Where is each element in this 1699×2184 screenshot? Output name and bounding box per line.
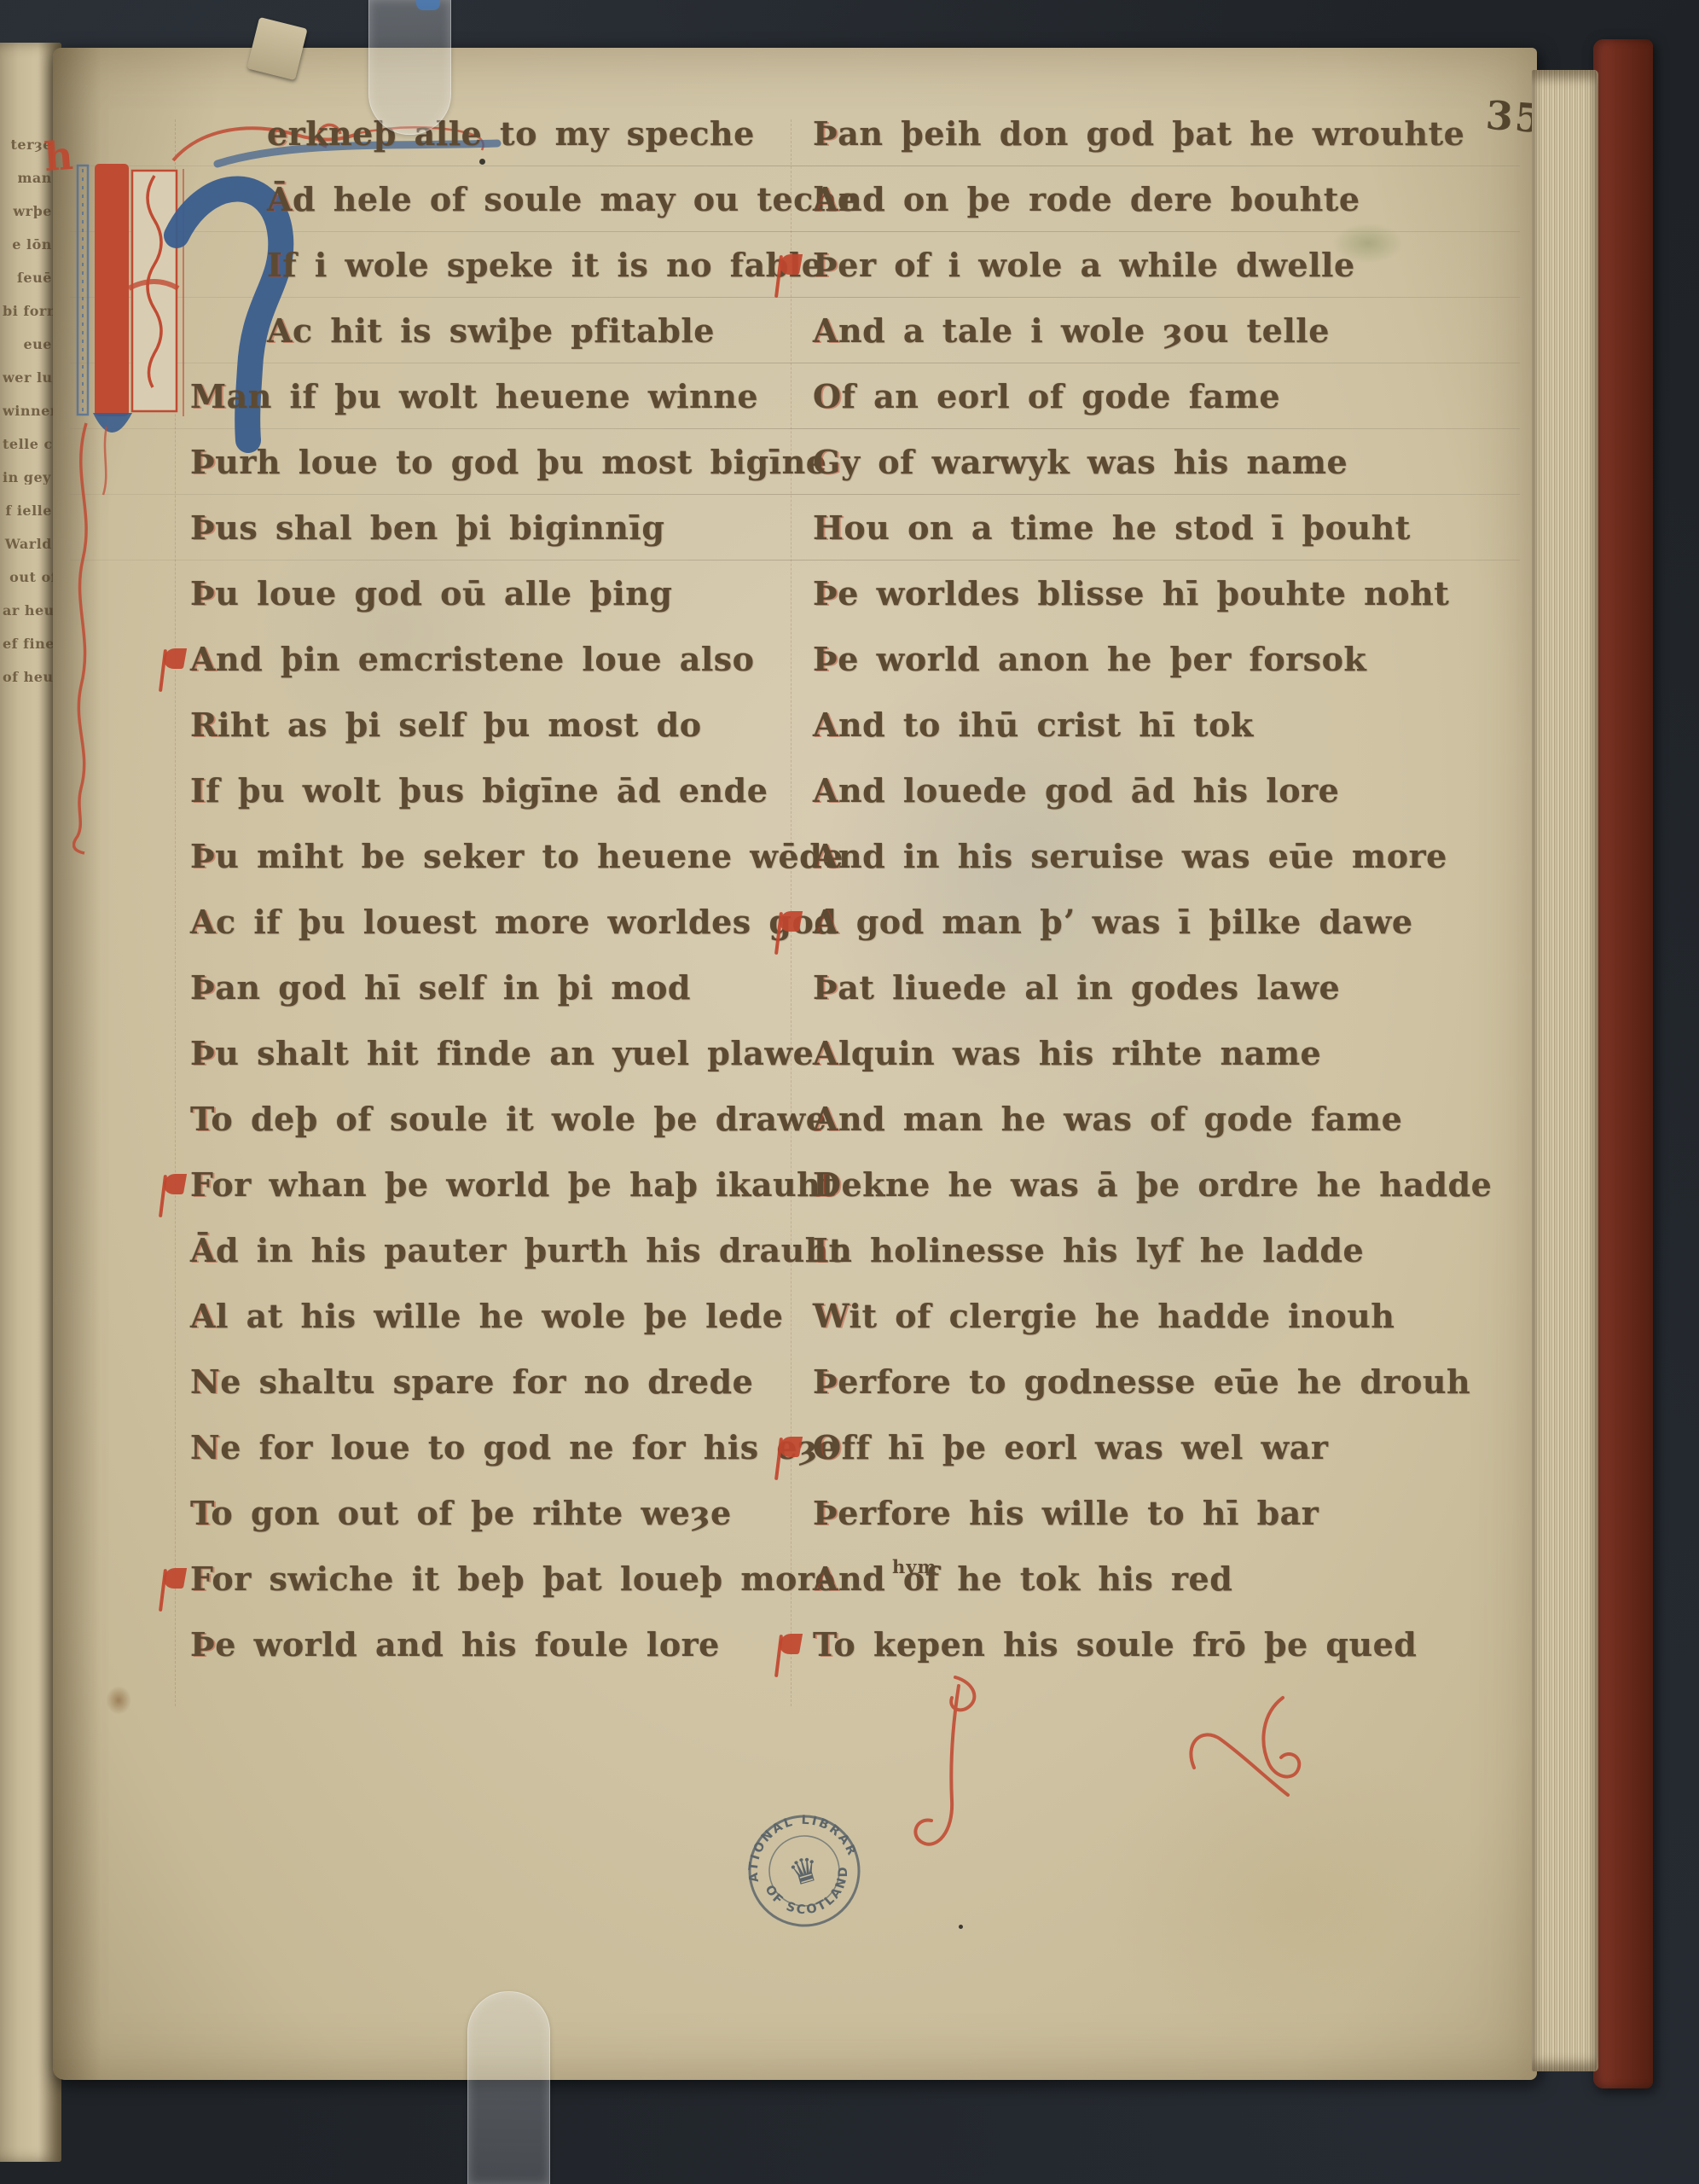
verse-text: If i wole speke it is no fable [267,246,822,284]
photo-background: { "photo": { "background_color": "#22262… [0,0,1699,2184]
verse-line: And a tale i wole ȝou telle [772,313,1540,379]
fore-edge-pages [1532,70,1598,2071]
verse-line: And on þe rode dere bouhte [772,182,1540,247]
verse-line: Hou on a time he stod ī þouht [772,510,1540,576]
page-weight-top [368,0,451,135]
verse-line: Ād in his pauter þurth his drauht [156,1233,779,1298]
verse-text: Ac if þu louest more worldes god [190,903,837,941]
verse-text: Wit of clergie he hadde inouh [813,1297,1395,1335]
verse-line: If þu wolt þus bigīne ād ende [156,773,779,839]
verse-text: For swiche it beþ þat loueþ more [190,1560,836,1598]
verse-line: Gy of warwyk was his name [772,444,1540,510]
verse-text: In holinesse his lyf he ladde [813,1231,1364,1269]
margin-fragment: bi forn· [3,305,57,318]
verse-text: Off hī þe eorl was wel war [813,1428,1328,1467]
verse-line: And in his seruise was eūe more [772,839,1540,904]
blue-mark [416,0,440,10]
interlinear-addition: hym [892,1556,937,1577]
verse-line: Þerfore his wille to hī bar [772,1496,1540,1561]
verse-text: And man he was of gode fame [813,1100,1402,1138]
verse-text: If þu wolt þus bigīne ād ende [190,771,768,810]
verse-text: Þe world anon he þer forsok [813,640,1366,678]
verse-text: Þu loue god oū alle þing [190,574,672,613]
verse-text: And a tale i wole ȝou telle [813,311,1330,350]
margin-fragment: wrþe· [3,205,57,218]
verse-text: Þu shalt hit finde an yuel plawe [190,1034,814,1072]
verse-line: Off hī þe eorl was wel war [772,1430,1540,1496]
verse-text: Alquin was his rihte name [813,1034,1321,1072]
verse-line: Of an eorl of gode fame [772,379,1540,444]
margin-fragment: telle cā· [3,438,57,451]
paraph-mark [159,1568,185,1611]
verse-text: erkneþ alle to my speche [267,114,755,153]
verse-line: Al at his wille he wole þe lede [156,1298,779,1364]
verse-line: If i wole speke it is no fable [156,247,779,313]
verse-column-left: erkneþ alle to my specheĀd hele of soule… [156,116,779,1693]
red-flourish-left [902,1670,1005,1871]
verse-line: And þin emcristene loue also [156,642,779,707]
verse-line: To gon out of þe rihte weȝe [156,1496,779,1561]
verse-line: Ne for loue to god ne for his eȝe [156,1430,779,1496]
verse-line: To deþ of soule it wole þe drawe [156,1101,779,1167]
verse-line: Þe world and his foule lore [156,1627,779,1693]
verse-line: Ac hit is swiþe pfitable [156,313,779,379]
verse-text: Þu miht be seker to heuene wēde [190,837,844,875]
margin-fragment: in gey ay· [3,471,57,485]
verse-text: Þerfore his wille to hī bar [813,1494,1319,1532]
verse-text: Þan þeih don god þat he wrouhte [813,114,1464,153]
verse-text: Þer of i wole a while dwelle [813,246,1355,284]
stain [106,1686,131,1715]
verse-text: And of he tok his red [813,1560,1232,1598]
paraph-mark [775,1437,801,1479]
verse-line: For whan þe world þe haþ ikauht [156,1167,779,1233]
verse-line: Þu miht be seker to heuene wēde [156,839,779,904]
verse-text: Þan god hī self in þi mod [190,968,691,1007]
margin-fragment: ef fine· [3,637,57,651]
margin-fragment: ar heuē [3,604,57,618]
verse-text: Ac hit is swiþe pfitable [267,311,715,350]
verse-line: Wit of clergie he hadde inouh [772,1298,1540,1364]
verse-line: Þe worldes blisse hī þouhte noht [772,576,1540,642]
verse-line: Þerfore to godnesse eūe he drouh [772,1364,1540,1430]
verse-line: Ād hele of soule may ou teche [156,182,779,247]
verse-text: Hou on a time he stod ī þouht [813,508,1411,547]
ink-speck [959,1925,963,1929]
verse-line: Man if þu wolt heuene winne [156,379,779,444]
crown-icon: ♛ [785,1849,825,1895]
verse-text: Al at his wille he wole þe lede [190,1297,783,1335]
red-flourish-right [1182,1689,1310,1830]
verse-text: Þurh loue to god þu most bigīne [190,443,826,481]
verse-line: Þu loue god oū alle þing [156,576,779,642]
verse-line: Þu shalt hit finde an yuel plawe [156,1036,779,1101]
verse-line: Riht as þi self þu most do [156,707,779,773]
verse-text: A god man þʼ was ī þilke dawe [813,903,1413,941]
verse-line: Ac if þu louest more worldes god [156,904,779,970]
verse-line: In holinesse his lyf he ladde [772,1233,1540,1298]
verse-text: And to ihū crist hī tok [813,706,1254,744]
verse-line: A god man þʼ was ī þilke dawe [772,904,1540,970]
guide-letter: h [43,132,74,180]
verse-text: Þat liuede al in godes lawe [813,968,1340,1007]
verse-text: Man if þu wolt heuene winne [190,377,758,415]
verse-line: Ne shaltu spare for no drede [156,1364,779,1430]
page-weight-bottom [467,1991,550,2184]
verse-text: To deþ of soule it wole þe drawe [190,1100,826,1138]
paraph-mark [159,648,185,691]
verse-line: Þer of i wole a while dwelle [772,247,1540,313]
margin-fragment: winnen· [3,404,57,418]
verse-line: Þan god hī self in þi mod [156,970,779,1036]
verse-text: Þerfore to godnesse eūe he drouh [813,1362,1470,1401]
margin-fragment: of heuē [3,671,57,684]
paraph-mark [775,254,801,297]
verse-line: Þe world anon he þer forsok [772,642,1540,707]
verse-text: For whan þe world þe haþ ikauht [190,1165,836,1204]
verse-text: Of an eorl of gode fame [813,377,1280,415]
verse-text: And louede god ād his lore [813,771,1339,810]
verse-line: And man he was of gode fame [772,1101,1540,1167]
verse-column-right: Þan þeih don god þat he wrouhteAnd on þe… [772,116,1540,1693]
paraph-mark [159,1174,185,1217]
verse-text: Ne for loue to god ne for his eȝe [190,1428,838,1467]
verse-line: And of he tok his red [772,1561,1540,1627]
verse-text: And þin emcristene loue also [190,640,755,678]
verse-text: And on þe rode dere bouhte [813,180,1360,218]
margin-fragment: eue· [3,338,57,351]
margin-fragment: e lōn· [3,238,57,252]
verse-line: And to ihū crist hī tok [772,707,1540,773]
verse-text: Ād hele of soule may ou teche [267,180,859,218]
margin-fragment: ſeuē· [3,271,57,285]
verse-line: Þat liuede al in godes lawe [772,970,1540,1036]
verse-text: Ād in his pauter þurth his drauht [190,1231,844,1269]
verse-text: Ne shaltu spare for no drede [190,1362,753,1401]
verse-line: erkneþ alle to my speche [156,116,779,182]
verse-text: To gon out of þe rihte weȝe [190,1494,732,1532]
verse-text: Dekne he was ā þe ordre he hadde [813,1165,1492,1204]
paraph-mark [775,1634,801,1676]
margin-fragment: out of [3,571,57,584]
paraph-mark [775,911,801,954]
verse-line: Þan þeih don god þat he wrouhte [772,116,1540,182]
verse-line: Alquin was his rihte name [772,1036,1540,1101]
verse-text: To kepen his soule frō þe qued [813,1625,1417,1664]
verse-line: Þus shal ben þi biginnīg [156,510,779,576]
verse-text: Riht as þi self þu most do [190,706,702,744]
verse-line: And louede god ād his lore [772,773,1540,839]
verse-line: Þurh loue to god þu most bigīne [156,444,779,510]
verse-line: Dekne he was ā þe ordre he hadde [772,1167,1540,1233]
verse-text: Þus shal ben þi biginnīg [190,508,664,547]
verse-text: Þe world and his foule lore [190,1625,720,1664]
verse-text: Þe worldes blisse hī þouhte noht [813,574,1449,613]
margin-fragment: Warld· [3,537,57,551]
book-binding [1593,39,1653,2088]
margin-fragment: f ielle· [3,504,57,518]
margin-fragment: wer luē· [3,371,57,385]
verse-line: To kepen his soule frō þe qued [772,1627,1540,1693]
verse-text: And in his seruise was eūe more [813,837,1447,875]
verse-line: For swiche it beþ þat loueþ more [156,1561,779,1627]
verse-text: Gy of warwyk was his name [813,443,1348,481]
